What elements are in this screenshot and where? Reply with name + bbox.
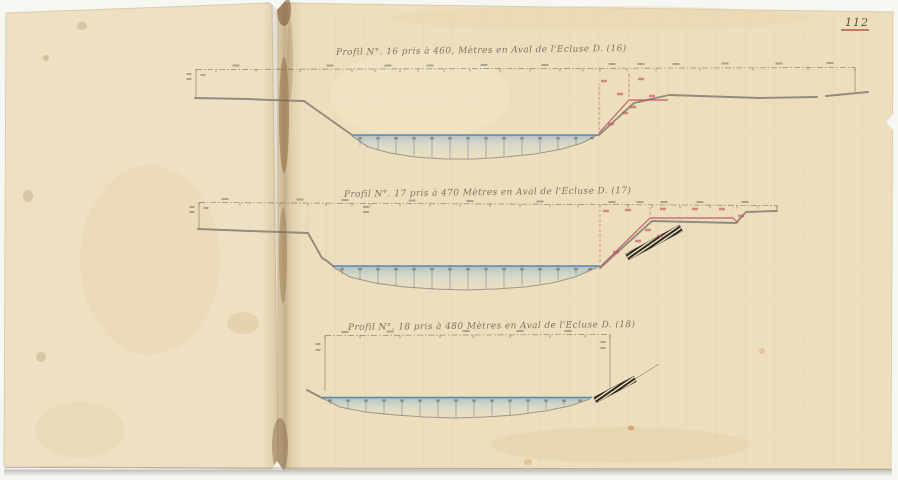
bottom-shadow	[4, 470, 892, 477]
scan-canvas: Profil N°. 16 pris à 460, Mètres en Aval…	[0, 0, 898, 480]
scanned-book-spread: Profil N°. 16 pris à 460, Mètres en Aval…	[0, 0, 898, 480]
page-number: 112	[845, 16, 869, 29]
